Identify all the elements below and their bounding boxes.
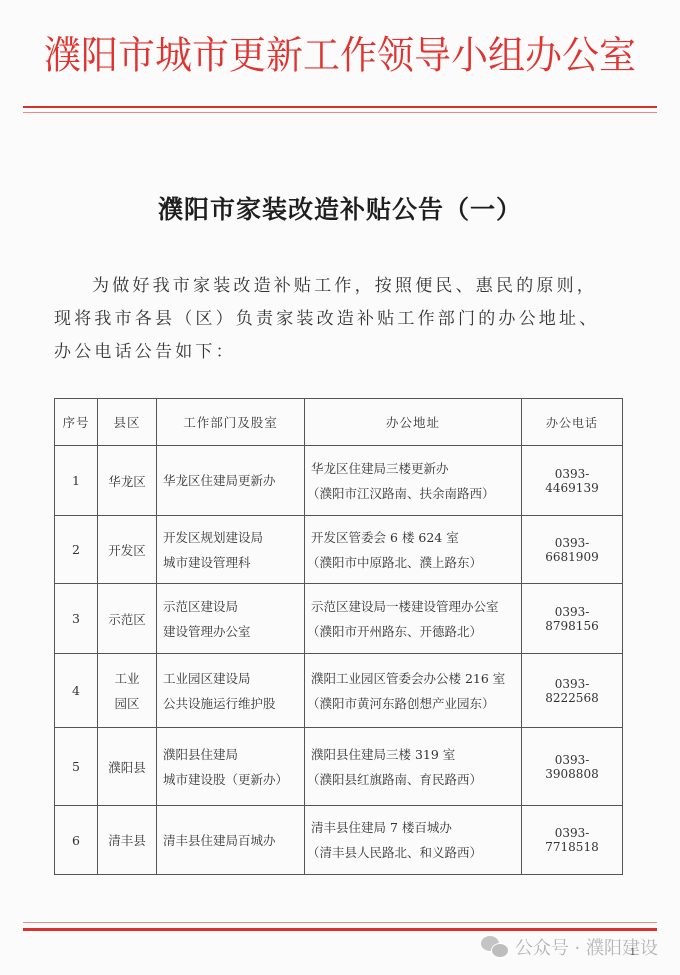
cell-address: 濮阳县住建局三楼 319 室（濮阳县红旗路南、育民路西）	[305, 728, 522, 806]
cell-phone: 0393-6681909	[522, 516, 623, 584]
addr-line-2: （濮阳市江汉路南、扶余南路西）	[307, 481, 515, 506]
watermark-text: 公众号 · 濮阳建设	[515, 934, 658, 960]
cell-phone: 0393-4469139	[522, 446, 623, 516]
addr-line-2: （濮阳县红旗路南、育民路西）	[307, 767, 515, 792]
cell-address: 华龙区住建局三楼更新办（濮阳市江汉路南、扶余南路西）	[305, 446, 522, 516]
document-page: 濮阳市城市更新工作领导小组办公室 濮阳市家装改造补贴公告（一） 为做好我市家装改…	[0, 0, 680, 975]
cell-district: 示范区	[98, 584, 157, 654]
table-header-row: 序号 县区 工作部门及股室 办公地址 办公电话	[55, 399, 623, 446]
addr-line-1: 濮阳县住建局三楼 319 室	[311, 742, 515, 767]
addr-line-2: （清丰县人民路北、和义路西）	[307, 840, 515, 865]
table-row: 5 濮阳县 濮阳县住建局城市建设股（更新办） 濮阳县住建局三楼 319 室（濮阳…	[55, 728, 623, 806]
letterhead-title: 濮阳市城市更新工作领导小组办公室	[0, 33, 680, 79]
district-line-1: 工业	[104, 666, 150, 691]
page-number: 1	[630, 948, 636, 958]
addr-line-2: （濮阳市中原路北、濮上路东）	[307, 550, 515, 575]
footer-rule-thick	[23, 928, 657, 931]
cell-district: 濮阳县	[98, 728, 157, 806]
intro-paragraph: 为做好我市家装改造补贴工作，按照便民、惠民的原则， 现将我市各县（区）负责家装改…	[54, 270, 634, 369]
dept-line-2: 建设管理办公室	[163, 624, 251, 639]
cell-department: 华龙区住建局更新办	[157, 446, 305, 516]
cell-no: 2	[55, 516, 98, 584]
intro-line-2: 现将我市各县（区）负责家装改造补贴工作部门的办公地址、	[54, 303, 634, 336]
addr-line-1: 清丰县住建局 7 楼百城办	[311, 815, 515, 840]
dept-line-1: 工业园区建设局	[163, 666, 298, 691]
intro-line-3: 办公电话公告如下：	[54, 336, 634, 369]
cell-department: 工业园区建设局公共设施运行维护股	[157, 654, 305, 728]
cell-no: 4	[55, 654, 98, 728]
cell-address: 示范区建设局一楼建设管理办公室（濮阳市开州路东、开德路北）	[305, 584, 522, 654]
cell-no: 1	[55, 446, 98, 516]
cell-district: 华龙区	[98, 446, 157, 516]
table-row: 6 清丰县 清丰县住建局百城办 清丰县住建局 7 楼百城办（清丰县人民路北、和义…	[55, 806, 623, 875]
cell-department: 濮阳县住建局城市建设股（更新办）	[157, 728, 305, 806]
wechat-icon	[481, 936, 509, 958]
dept-line-1: 示范区建设局	[163, 594, 298, 619]
document-title: 濮阳市家装改造补贴公告（一）	[0, 190, 680, 226]
letterhead-rule-thin	[23, 112, 657, 113]
addr-line-1: 濮阳工业园区管委会办公楼 216 室	[311, 666, 515, 691]
table-row: 2 开发区 开发区规划建设局城市建设管理科 开发区管委会 6 楼 624 室（濮…	[55, 516, 623, 584]
footer-rule-thin	[23, 922, 657, 923]
cell-address: 清丰县住建局 7 楼百城办（清丰县人民路北、和义路西）	[305, 806, 522, 875]
cell-phone: 0393-7718518	[522, 806, 623, 875]
addr-line-1: 华龙区住建局三楼更新办	[311, 456, 515, 481]
addr-line-1: 开发区管委会 6 楼 624 室	[311, 525, 515, 550]
cell-phone: 0393-8798156	[522, 584, 623, 654]
dept-line-2: 城市建设股（更新办）	[163, 772, 288, 787]
addr-line-2: （濮阳市开州路东、开德路北）	[307, 619, 515, 644]
header-address: 办公地址	[305, 399, 522, 446]
table-row: 4 工业园区 工业园区建设局公共设施运行维护股 濮阳工业园区管委会办公楼 216…	[55, 654, 623, 728]
letterhead-rule-thick	[23, 106, 657, 108]
table-row: 1 华龙区 华龙区住建局更新办 华龙区住建局三楼更新办（濮阳市江汉路南、扶余南路…	[55, 446, 623, 516]
cell-district: 开发区	[98, 516, 157, 584]
cell-department: 清丰县住建局百城办	[157, 806, 305, 875]
district-line-2: 园区	[114, 696, 139, 711]
cell-department: 开发区规划建设局城市建设管理科	[157, 516, 305, 584]
dept-line-1: 清丰县住建局百城办	[163, 833, 276, 848]
intro-line-1: 为做好我市家装改造补贴工作，按照便民、惠民的原则，	[92, 276, 597, 296]
cell-district: 工业园区	[98, 654, 157, 728]
cell-district: 清丰县	[98, 806, 157, 875]
dept-line-1: 开发区规划建设局	[163, 525, 298, 550]
dept-line-2: 公共设施运行维护股	[163, 696, 276, 711]
cell-phone: 0393-3908808	[522, 728, 623, 806]
dept-line-1: 华龙区住建局更新办	[163, 473, 276, 488]
cell-address: 濮阳工业园区管委会办公楼 216 室（濮阳市黄河东路创想产业园东）	[305, 654, 522, 728]
addr-line-2: （濮阳市黄河东路创想产业园东）	[307, 691, 515, 716]
cell-no: 6	[55, 806, 98, 875]
cell-address: 开发区管委会 6 楼 624 室（濮阳市中原路北、濮上路东）	[305, 516, 522, 584]
header-district: 县区	[98, 399, 157, 446]
header-phone: 办公电话	[522, 399, 623, 446]
cell-no: 3	[55, 584, 98, 654]
header-department: 工作部门及股室	[157, 399, 305, 446]
dept-line-1: 濮阳县住建局	[163, 742, 298, 767]
dept-line-2: 城市建设管理科	[163, 555, 251, 570]
addr-line-1: 示范区建设局一楼建设管理办公室	[311, 594, 515, 619]
contacts-table: 序号 县区 工作部门及股室 办公地址 办公电话 1 华龙区 华龙区住建局更新办 …	[54, 398, 623, 875]
cell-phone: 0393-8222568	[522, 654, 623, 728]
cell-department: 示范区建设局建设管理办公室	[157, 584, 305, 654]
header-no: 序号	[55, 399, 98, 446]
table-row: 3 示范区 示范区建设局建设管理办公室 示范区建设局一楼建设管理办公室（濮阳市开…	[55, 584, 623, 654]
cell-no: 5	[55, 728, 98, 806]
